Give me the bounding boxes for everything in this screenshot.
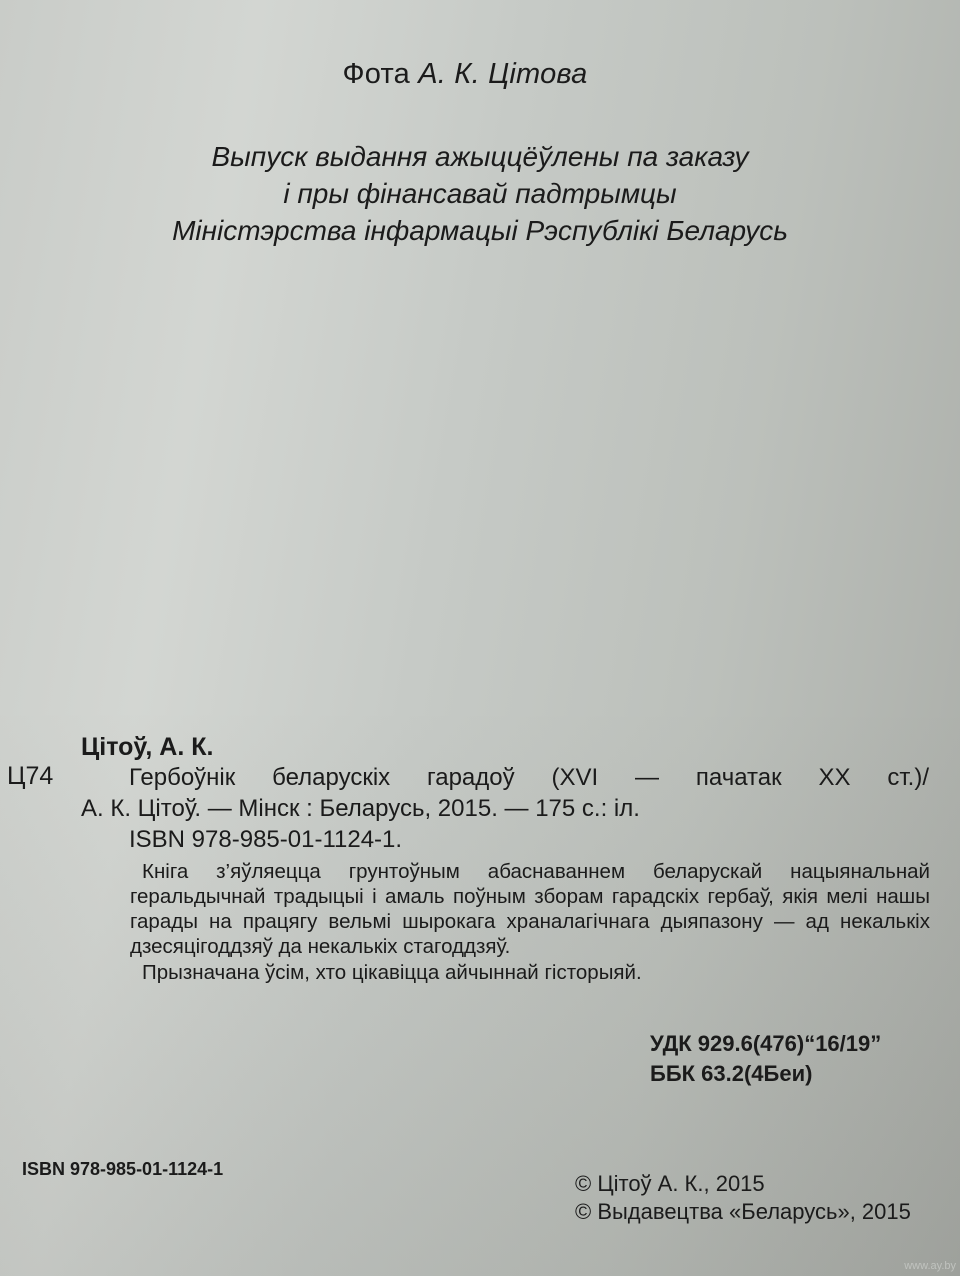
- author-heading: Цітоў, А. К.: [81, 733, 213, 762]
- publication-line: А. К. Цітоў. — Мінск : Беларусь, 2015. —…: [81, 793, 929, 824]
- photographer-name: А. К. Цітова: [418, 58, 587, 90]
- funding-note: Выпуск выдання ажыццёўлены па заказу і п…: [0, 138, 960, 249]
- isbn-bottom: ISBN 978-985-01-1124-1: [22, 1159, 223, 1180]
- watermark: www.ay.by: [904, 1260, 956, 1272]
- annotation-paragraph: Прызначана ўсім, хто цікавіцца айчыннай …: [130, 960, 930, 985]
- book-title-line: Гербоўнік беларускіх гарадоў (XVI — пача…: [81, 762, 929, 793]
- photo-credit-prefix: Фота: [343, 58, 410, 90]
- bbk-code: ББК 63.2(4Беи): [650, 1059, 881, 1089]
- funding-line: Міністэрства інфармацыі Рэспублікі Белар…: [0, 212, 960, 249]
- copyright-line: © Цітоў А. К., 2015: [575, 1170, 911, 1198]
- copyright-line: © Выдавецтва «Беларусь», 2015: [575, 1198, 911, 1226]
- funding-line: і пры фінансавай падтрымцы: [0, 175, 960, 212]
- annotation: Кніга з’яўляецца грунтоўным абаснаваннем…: [130, 859, 930, 985]
- isbn-line: ISBN 978-985-01-1124-1.: [81, 824, 929, 855]
- photo-credit: Фота А. К. Цітова: [0, 58, 930, 91]
- annotation-paragraph: Кніга з’яўляецца грунтоўным абаснаваннем…: [130, 859, 930, 959]
- bibliographic-description: Гербоўнік беларускіх гарадоў (XVI — пача…: [81, 762, 929, 855]
- author-code: Ц74: [7, 762, 53, 791]
- classification-codes: УДК 929.6(476)“16/19” ББК 63.2(4Беи): [650, 1029, 881, 1089]
- copyright-block: © Цітоў А. К., 2015 © Выдавецтва «Белару…: [575, 1170, 911, 1226]
- udk-code: УДК 929.6(476)“16/19”: [650, 1029, 881, 1059]
- funding-line: Выпуск выдання ажыццёўлены па заказу: [0, 138, 960, 175]
